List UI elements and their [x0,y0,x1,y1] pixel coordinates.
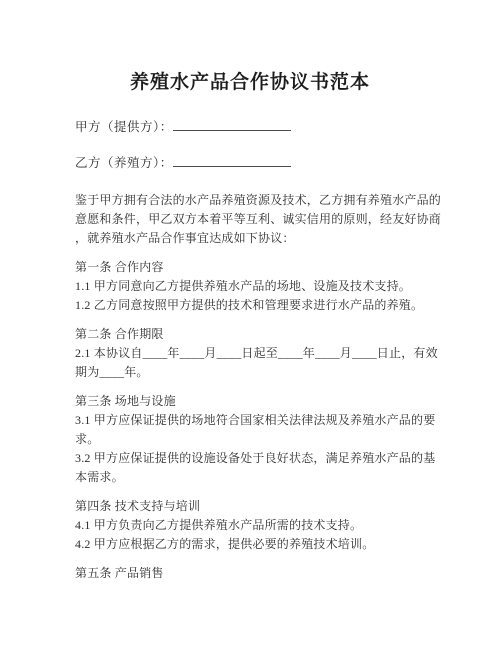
section-heading-1: 第一条 合作内容 [75,258,445,277]
party-b-label: 乙方（养殖方）： [75,156,173,170]
clause-text: 3.1 甲方应保证提供的场地符合国家相关法律法规及养殖水产品的要 求。 [75,411,445,449]
clause-text: 3.2 甲方应保证提供的设施设备处于良好状态，满足养殖水产品的基 本需求。 [75,449,445,487]
party-a-line: 甲方（提供方）： [75,117,445,137]
contract-sections: 第一条 合作内容1.1 甲方同意向乙方提供养殖水产品的场地、设施及技术支持。1.… [75,258,445,583]
clause-text: 4.1 甲方负责向乙方提供养殖水产品所需的技术支持。 [75,516,445,535]
clause-text: 1.2 乙方同意按照甲方提供的技术和管理要求进行水产品的养殖。 [75,296,445,315]
section-heading-3: 第三条 场地与设施 [75,392,445,411]
clause-text: 2.1 本协议自____年____月____日起至____年____月____日… [75,344,445,382]
section-heading-2: 第二条 合作期限 [75,325,445,344]
party-b-blank-line [173,153,291,167]
contract-document-page: 养殖水产品合作协议书范本 甲方（提供方）： 乙方（养殖方）： 鉴于甲方拥有合法的… [0,0,500,647]
party-b-line: 乙方（养殖方）： [75,153,445,173]
preamble-paragraph: 鉴于甲方拥有合法的水产品养殖资源及技术，乙方拥有养殖水产品的 意愿和条件，甲乙双… [75,191,445,248]
section-heading-5: 第五条 产品销售 [75,564,445,583]
clause-text: 4.2 甲方应根据乙方的需求，提供必要的养殖技术培训。 [75,535,445,554]
document-title: 养殖水产品合作协议书范本 [75,70,425,95]
party-a-label: 甲方（提供方）： [75,120,173,134]
clause-text: 1.1 甲方同意向乙方提供养殖水产品的场地、设施及技术支持。 [75,277,445,296]
section-heading-4: 第四条 技术支持与培训 [75,497,445,516]
party-a-blank-line [173,117,291,131]
